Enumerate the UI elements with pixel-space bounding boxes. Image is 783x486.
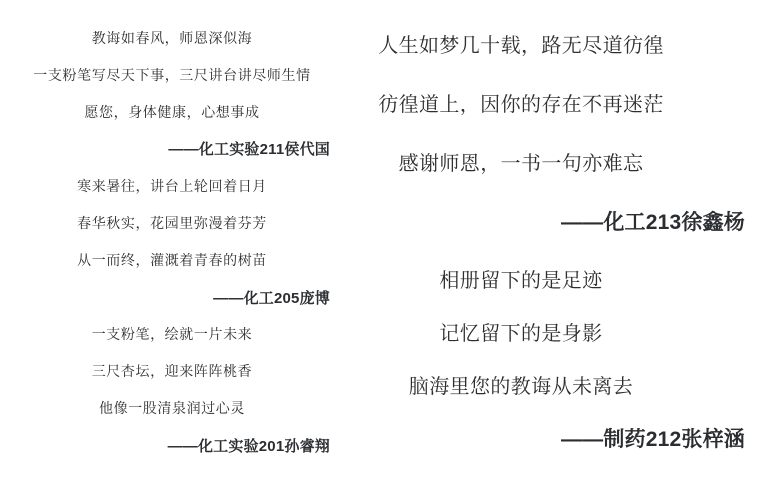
poem-line: 从一而终，灌溉着青春的树苗 [14, 242, 330, 279]
left-text-column: 教诲如春风，师恩深似海一支粉笔写尽天下事，三尺讲台讲尽师生情愿您，身体健康，心想… [14, 19, 330, 464]
signature-line: ——化工实验211侯代国 [14, 130, 330, 167]
signature-line: ——化工205庞博 [14, 279, 330, 316]
document-page: 教诲如春风，师恩深似海一支粉笔写尽天下事，三尺讲台讲尽师生情愿您，身体健康，心想… [0, 0, 783, 486]
poem-block: 相册留下的是足迹记忆留下的是身影脑海里您的教诲从未离去——制药212张梓涵 [297, 252, 745, 464]
poem-line: 相册留下的是足迹 [297, 252, 745, 305]
right-text-column: 人生如梦几十载，路无尽道彷徨彷徨道上，因你的存在不再迷茫感谢师恩，一书一句亦难忘… [297, 14, 745, 464]
poem-line: 一支粉笔写尽天下事，三尺讲台讲尽师生情 [14, 56, 330, 93]
poem-line: 三尺杏坛，迎来阵阵桃香 [14, 353, 330, 390]
signature-line: ——化工实验201孙睿翔 [14, 427, 330, 464]
poem-line: 感谢师恩，一书一句亦难忘 [297, 132, 745, 191]
poem-line: 记忆留下的是身影 [297, 305, 745, 358]
poem-block: 教诲如春风，师恩深似海一支粉笔写尽天下事，三尺讲台讲尽师生情愿您，身体健康，心想… [14, 19, 330, 167]
poem-line: 脑海里您的教诲从未离去 [297, 358, 745, 411]
poem-block: 人生如梦几十载，路无尽道彷徨彷徨道上，因你的存在不再迷茫感谢师恩，一书一句亦难忘… [297, 14, 745, 250]
signature-line: ——制药212张梓涵 [297, 411, 745, 464]
poem-line: 他像一股清泉润过心灵 [14, 390, 330, 427]
poem-line: 愿您，身体健康，心想事成 [14, 93, 330, 130]
poem-line: 人生如梦几十载，路无尽道彷徨 [297, 14, 745, 73]
poem-line: 春华秋实，花园里弥漫着芬芳 [14, 204, 330, 241]
poem-line: 彷徨道上，因你的存在不再迷茫 [297, 73, 745, 132]
poem-block: 寒来暑往，讲台上轮回着日月春华秋实，花园里弥漫着芬芳从一而终，灌溉着青春的树苗—… [14, 167, 330, 315]
signature-line: ——化工213徐鑫杨 [297, 191, 745, 250]
poem-line: 一支粉笔，绘就一片未来 [14, 316, 330, 353]
poem-line: 寒来暑往，讲台上轮回着日月 [14, 167, 330, 204]
poem-line: 教诲如春风，师恩深似海 [14, 19, 330, 56]
poem-block: 一支粉笔，绘就一片未来三尺杏坛，迎来阵阵桃香他像一股清泉润过心灵——化工实验20… [14, 316, 330, 464]
